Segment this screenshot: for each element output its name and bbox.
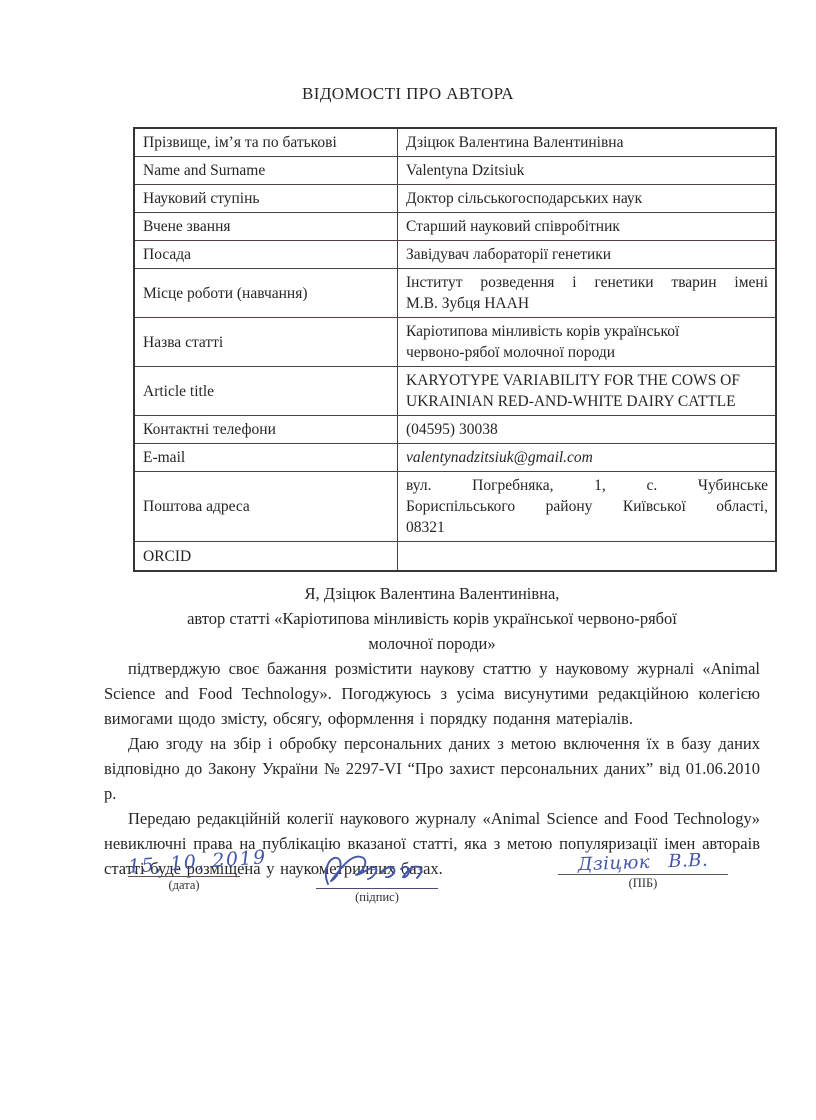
- row-label: Науковий ступінь: [134, 185, 398, 213]
- row-value: Інститут розведення і генетики тварин ім…: [398, 269, 777, 318]
- row-value: KARYOTYPE VARIABILITY FOR THE COWS OF UK…: [398, 367, 777, 416]
- row-value: Каріотипова мінливість корів української…: [398, 318, 777, 367]
- table-row: E-mail valentynadzitsiuk@gmail.com: [134, 444, 776, 472]
- statement-intro-line: Я, Дзіцюк Валентина Валентинівна,: [104, 581, 760, 606]
- table-row: Місце роботи (навчання) Інститут розведе…: [134, 269, 776, 318]
- row-label: Поштова адреса: [134, 472, 398, 542]
- row-label: E-mail: [134, 444, 398, 472]
- statement-intro-line: молочної породи»: [104, 631, 760, 656]
- consent-statement: Я, Дзіцюк Валентина Валентинівна, автор …: [104, 581, 760, 881]
- table-row: Науковий ступінь Доктор сільськогосподар…: [134, 185, 776, 213]
- name-field: Дзіцюк В.В. (ПІБ): [558, 852, 728, 891]
- row-value: Valentyna Dzitsiuk: [398, 157, 777, 185]
- statement-paragraph: підтверджую своє бажання розмістити наук…: [104, 656, 760, 731]
- table-row: Name and Surname Valentyna Dzitsiuk: [134, 157, 776, 185]
- signature-scribble-icon: [318, 852, 436, 888]
- table-row: ORCID: [134, 542, 776, 572]
- row-value-empty: [398, 542, 777, 572]
- row-label: Name and Surname: [134, 157, 398, 185]
- row-value-line: UKRAINIAN RED-AND-WHITE DAIRY CATTLE: [406, 391, 768, 412]
- table-row: Поштова адреса вул. Погребняка, 1, с. Чу…: [134, 472, 776, 542]
- row-label: Посада: [134, 241, 398, 269]
- scanned-author-form-page: ВІДОМОСТІ ПРО АВТОРА Прізвище, ім’я та п…: [0, 0, 816, 1120]
- table-row: Article title KARYOTYPE VARIABILITY FOR …: [134, 367, 776, 416]
- row-value: Старший науковий співробітник: [398, 213, 777, 241]
- row-label: Вчене звання: [134, 213, 398, 241]
- date-field: 15, 10, 2019 (дата): [128, 852, 240, 893]
- signature-caption: (підпис): [316, 889, 438, 905]
- row-label: Місце роботи (навчання): [134, 269, 398, 318]
- page-title: ВІДОМОСТІ ПРО АВТОРА: [0, 0, 816, 104]
- row-value: вул. Погребняка, 1, с. Чубинське Бориспі…: [398, 472, 777, 542]
- row-value-line: червоно-рябої молочної породи: [406, 342, 768, 363]
- author-info-table: Прізвище, ім’я та по батькові Дзіцюк Вал…: [133, 127, 777, 572]
- row-value-line: Бориспільського району Київської області…: [406, 496, 768, 517]
- table-row: Прізвище, ім’я та по батькові Дзіцюк Вал…: [134, 128, 776, 157]
- name-caption: (ПІБ): [558, 875, 728, 891]
- row-value: Доктор сільськогосподарських наук: [398, 185, 777, 213]
- signature-field: (підпис): [316, 852, 438, 905]
- row-value-line: KARYOTYPE VARIABILITY FOR THE COWS OF: [406, 370, 768, 391]
- table-row: Посада Завідувач лабораторії генетики: [134, 241, 776, 269]
- date-caption: (дата): [128, 877, 240, 893]
- row-label: ORCID: [134, 542, 398, 572]
- row-label: Контактні телефони: [134, 416, 398, 444]
- signature-section: 15, 10, 2019 (дата) (підпис) Дзіцюк В.В.…: [0, 852, 816, 932]
- row-value-line: Каріотипова мінливість корів української: [406, 321, 768, 342]
- row-value-line: Інститут розведення і генетики тварин ім…: [406, 272, 768, 293]
- row-value-line: М.В. Зубця НААН: [406, 293, 768, 314]
- handwritten-name: Дзіцюк В.В.: [558, 849, 729, 877]
- table-row: Контактні телефони (04595) 30038: [134, 416, 776, 444]
- table-row: Вчене звання Старший науковий співробітн…: [134, 213, 776, 241]
- row-label: Article title: [134, 367, 398, 416]
- row-label: Прізвище, ім’я та по батькові: [134, 128, 398, 157]
- table-row: Назва статті Каріотипова мінливість корі…: [134, 318, 776, 367]
- statement-paragraph: Даю згоду на збір і обробку персональних…: [104, 731, 760, 806]
- row-value: (04595) 30038: [398, 416, 777, 444]
- statement-intro-line: автор статті «Каріотипова мінливість кор…: [104, 606, 760, 631]
- row-value: Завідувач лабораторії генетики: [398, 241, 777, 269]
- row-value-line: вул. Погребняка, 1, с. Чубинське: [406, 475, 768, 496]
- row-value-email: valentynadzitsiuk@gmail.com: [398, 444, 777, 472]
- row-value-line: 08321: [406, 517, 768, 538]
- row-label: Назва статті: [134, 318, 398, 367]
- row-value: Дзіцюк Валентина Валентинівна: [398, 128, 777, 157]
